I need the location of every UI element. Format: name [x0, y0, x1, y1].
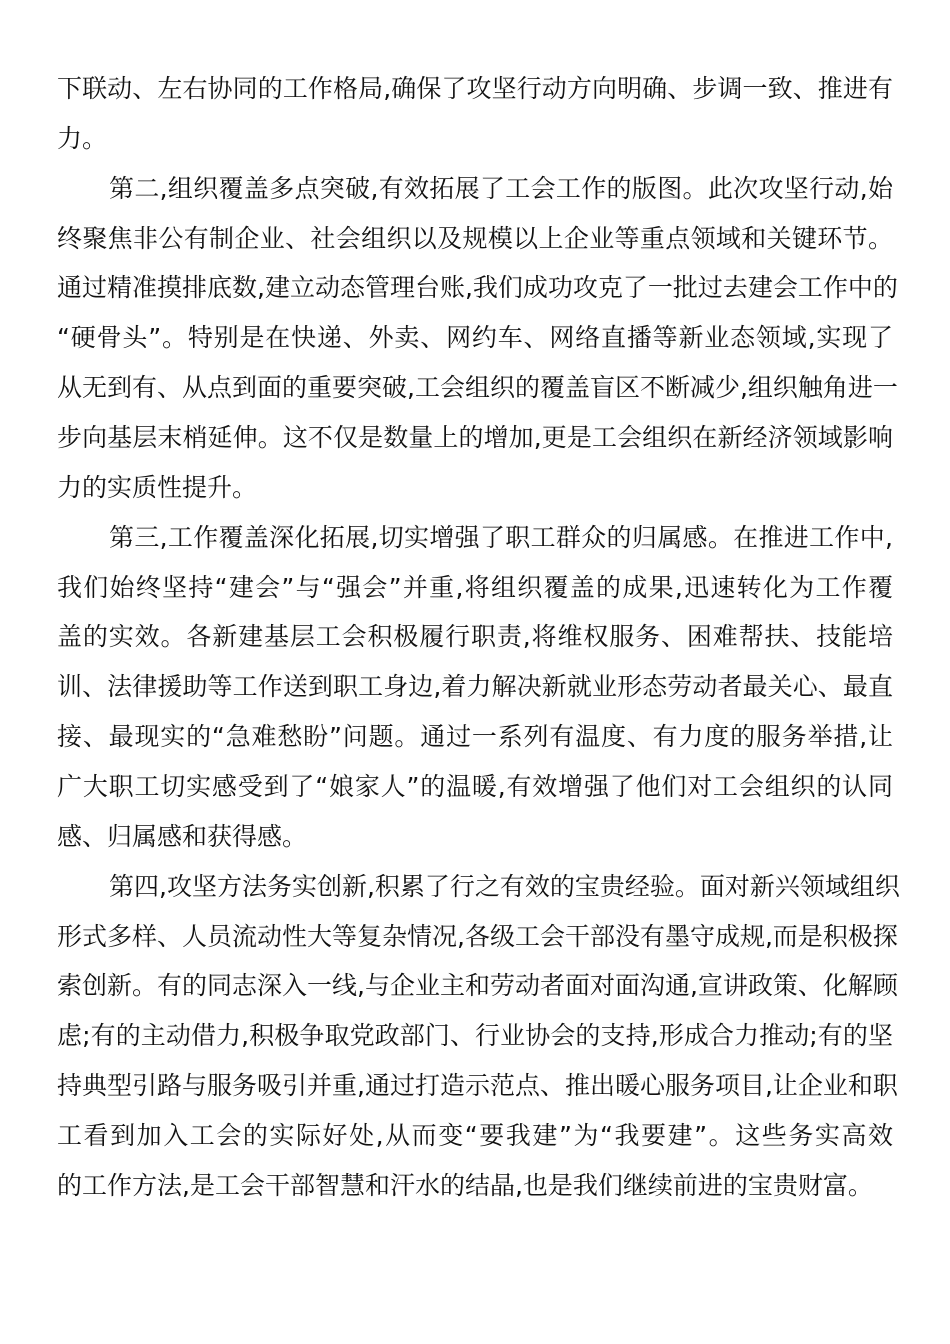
text-line: 训、法律援助等工作送到职工身边,着力解决新就业形态劳动者最关心、最直 [57, 662, 893, 712]
text-line: 接、最现实的“急难愁盼”问题。通过一系列有温度、有力度的服务举措,让 [57, 712, 893, 762]
document-body: 下联动、左右协同的工作格局,确保了攻坚行动方向明确、步调一致、推进有 力。 第二… [57, 64, 893, 1211]
document-page: 下联动、左右协同的工作格局,确保了攻坚行动方向明确、步调一致、推进有 力。 第二… [0, 0, 950, 1344]
text-line: 第三,工作覆盖深化拓展,切实增强了职工群众的归属感。在推进工作中, [57, 513, 893, 563]
text-line: 力的实质性提升。 [57, 463, 893, 513]
paragraph-third: 第三,工作覆盖深化拓展,切实增强了职工群众的归属感。在推进工作中, 我们始终坚持… [57, 513, 893, 862]
text-line: 形式多样、人员流动性大等复杂情况,各级工会干部没有墨守成规,而是积极探 [57, 912, 893, 962]
text-line: 从无到有、从点到面的重要突破,工会组织的覆盖盲区不断减少,组织触角进一 [57, 363, 893, 413]
text-line: “硬骨头”。特别是在快递、外卖、网约车、网络直播等新业态领域,实现了 [57, 313, 893, 363]
paragraph-continuation: 下联动、左右协同的工作格局,确保了攻坚行动方向明确、步调一致、推进有 力。 [57, 64, 893, 164]
text-line: 索创新。有的同志深入一线,与企业主和劳动者面对面沟通,宣讲政策、化解顾 [57, 961, 893, 1011]
text-line: 力。 [57, 114, 893, 164]
paragraph-second: 第二,组织覆盖多点突破,有效拓展了工会工作的版图。此次攻坚行动,始 终聚焦非公有… [57, 164, 893, 513]
text-line: 通过精准摸排底数,建立动态管理台账,我们成功攻克了一批过去建会工作中的 [57, 263, 893, 313]
text-line: 虑;有的主动借力,积极争取党政部门、行业协会的支持,形成合力推动;有的坚 [57, 1011, 893, 1061]
text-line: 步向基层末梢延伸。这不仅是数量上的增加,更是工会组织在新经济领域影响 [57, 413, 893, 463]
text-line: 终聚焦非公有制企业、社会组织以及规模以上企业等重点领域和关键环节。 [57, 214, 893, 264]
text-line: 持典型引路与服务吸引并重,通过打造示范点、推出暖心服务项目,让企业和职 [57, 1061, 893, 1111]
text-line: 下联动、左右协同的工作格局,确保了攻坚行动方向明确、步调一致、推进有 [57, 64, 893, 114]
text-line: 我们始终坚持“建会”与“强会”并重,将组织覆盖的成果,迅速转化为工作覆 [57, 563, 893, 613]
text-line: 盖的实效。各新建基层工会积极履行职责,将维权服务、困难帮扶、技能培 [57, 612, 893, 662]
text-line: 第四,攻坚方法务实创新,积累了行之有效的宝贵经验。面对新兴领域组织 [57, 862, 893, 912]
text-line: 工看到加入工会的实际好处,从而变“要我建”为“我要建”。这些务实高效 [57, 1111, 893, 1161]
paragraph-fourth: 第四,攻坚方法务实创新,积累了行之有效的宝贵经验。面对新兴领域组织 形式多样、人… [57, 862, 893, 1211]
text-line: 广大职工切实感受到了“娘家人”的温暖,有效增强了他们对工会组织的认同 [57, 762, 893, 812]
text-line: 第二,组织覆盖多点突破,有效拓展了工会工作的版图。此次攻坚行动,始 [57, 164, 893, 214]
text-line: 的工作方法,是工会干部智慧和汗水的结晶,也是我们继续前进的宝贵财富。 [57, 1161, 893, 1211]
text-line: 感、归属感和获得感。 [57, 812, 893, 862]
